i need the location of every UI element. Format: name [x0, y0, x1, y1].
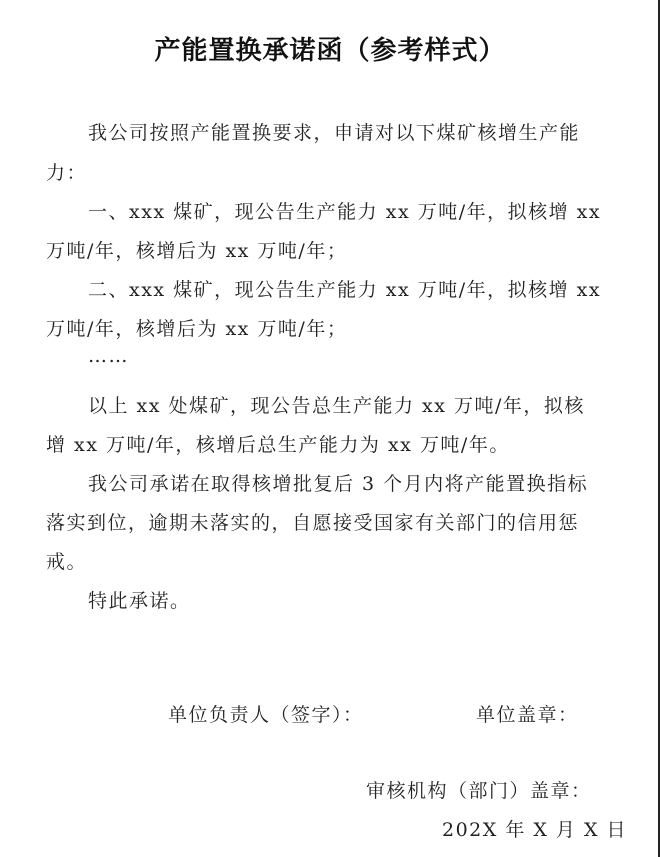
- body-line: 二、xxx 煤矿，现公告生产能力 xx 万吨/年，拟核增 xx: [88, 275, 601, 302]
- body-line: 我公司按照产能置换要求，申请对以下煤矿核增生产能: [88, 118, 580, 145]
- body-line: 戒。: [46, 547, 87, 574]
- body-line: 落实到位，逾期未落实的，自愿接受国家有关部门的信用惩: [46, 508, 579, 535]
- review-seal-label: 审核机构（部门）盖章：: [366, 776, 592, 803]
- body-line: 力：: [46, 158, 87, 185]
- body-line: 万吨/年，核增后为 xx 万吨/年；: [46, 236, 347, 263]
- body-line: 增 xx 万吨/年，核增后总生产能力为 xx 万吨/年。: [46, 430, 510, 457]
- unit-seal-label: 单位盖章：: [476, 700, 579, 727]
- responsible-person-signature-label: 单位负责人（签字）：: [168, 700, 364, 727]
- body-line: 一、xxx 煤矿，现公告生产能力 xx 万吨/年，拟核增 xx: [88, 197, 601, 224]
- date-line: 202X 年 X 月 X 日: [442, 815, 627, 842]
- body-line: ……: [88, 345, 129, 367]
- body-line: 我公司承诺在取得核增批复后 3 个月内将产能置换指标: [88, 469, 588, 496]
- body-line: 特此承诺。: [88, 586, 191, 613]
- document-title: 产能置换承诺函（参考样式）: [0, 30, 660, 67]
- body-line: 万吨/年，核增后为 xx 万吨/年；: [46, 314, 347, 341]
- body-line: 以上 xx 处煤矿，现公告总生产能力 xx 万吨/年，拟核: [88, 391, 585, 418]
